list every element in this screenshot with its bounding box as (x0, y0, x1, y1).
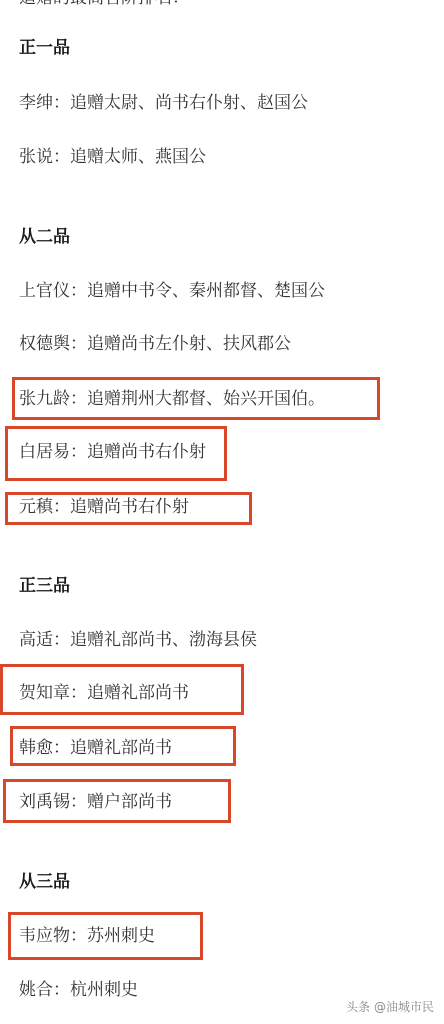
entry-zhang-jiuling: 张九龄：追赠荆州大都督、始兴开国伯。 (19, 387, 325, 411)
entry-he-zhizhang: 贺知章：追赠礼部尚书 (19, 681, 189, 705)
entry-wei-yingwu: 韦应物：苏州刺史 (19, 924, 155, 948)
section-heading-rank-1a: 正一品 (19, 36, 70, 60)
section-heading-rank-2b: 从二品 (19, 225, 70, 249)
entry-han-yu: 韩愈：追赠礼部尚书 (19, 736, 172, 760)
entry-liu-yuxi: 刘禹锡：赠户部尚书 (19, 790, 172, 814)
entry-quan-deyu: 权德舆：追赠尚书左仆射、扶风郡公 (19, 332, 291, 356)
watermark: 头条 @油城市民 (346, 998, 434, 1015)
section-heading-rank-3b: 从三品 (19, 870, 70, 894)
entry-yao-he: 姚合：杭州刺史 (19, 978, 138, 1002)
entry-li-shen: 李绅：追赠太尉、尚书右仆射、赵国公 (19, 91, 308, 115)
entry-zhang-yue: 张说：追赠太师、燕国公 (19, 145, 206, 169)
entry-bai-juyi: 白居易：追赠尚书右仆射 (19, 440, 206, 464)
intro-line: 追赠的最高官阶排名： (19, 0, 189, 10)
section-heading-rank-3a: 正三品 (19, 574, 70, 598)
entry-shangguan-yi: 上官仪：追赠中书令、秦州都督、楚国公 (19, 279, 325, 303)
entry-yuan-zhen: 元稹：追赠尚书右仆射 (19, 495, 189, 519)
entry-gao-shi: 高适：追赠礼部尚书、渤海县侯 (19, 628, 257, 652)
